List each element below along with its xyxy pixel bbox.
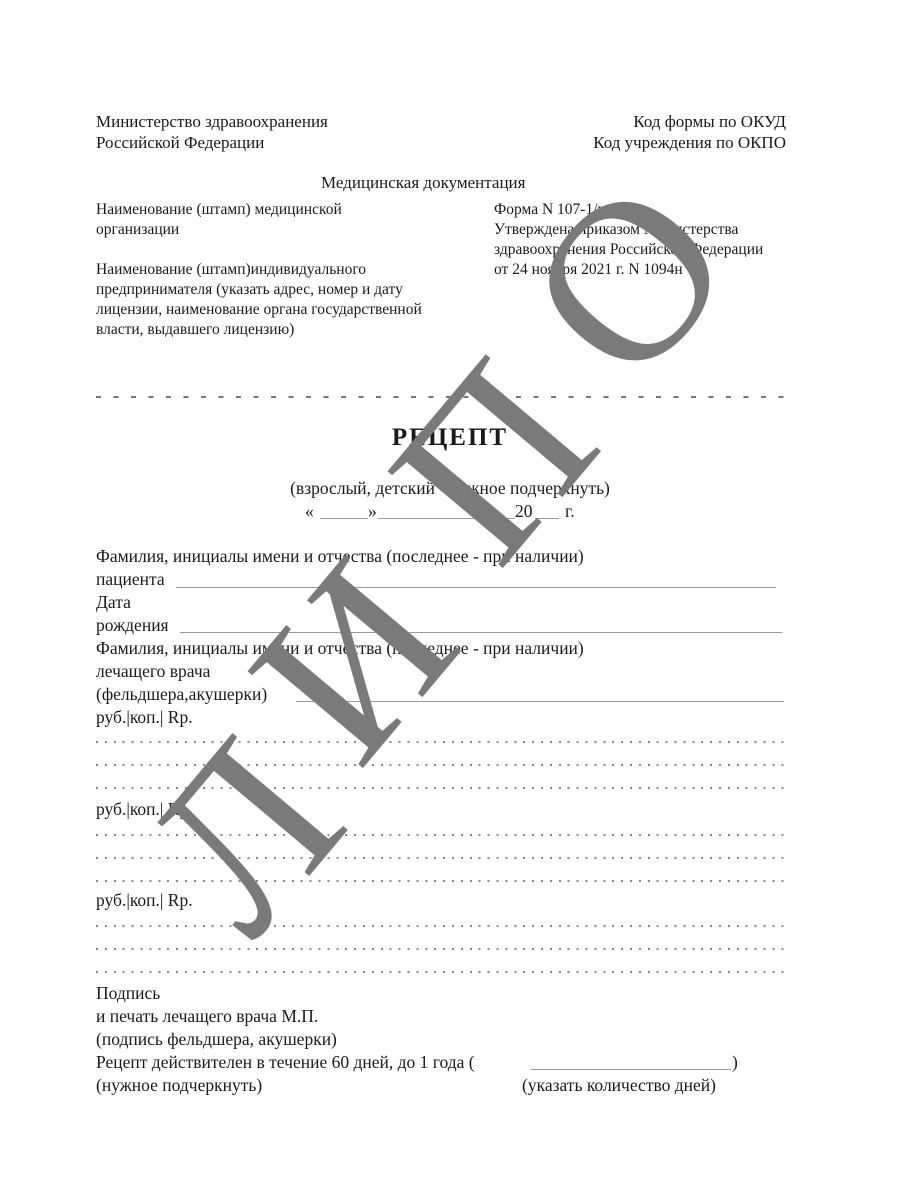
- prescription-subtitle: (взрослый, детский - нужное подчеркнуть): [0, 477, 900, 500]
- cut-line-divider: [96, 396, 786, 398]
- rp-block-3-line-2[interactable]: [96, 948, 786, 950]
- days-hint: (указать количество дней): [522, 1074, 716, 1097]
- okud-label: Код формы по ОКУД: [633, 111, 786, 132]
- signature-line-3: (подпись фельдшера, акушерки): [96, 1028, 337, 1051]
- date-year-prefix: 20: [515, 500, 533, 523]
- underline-hint: (нужное подчеркнуть): [96, 1074, 262, 1097]
- ministry-line-2: Российской Федерации: [96, 132, 264, 153]
- birth-date-field[interactable]: [180, 632, 782, 633]
- rp-block-2-line-1[interactable]: [96, 834, 786, 836]
- okpo-label: Код учреждения по ОКПО: [593, 132, 786, 153]
- doc-type: Медицинская документация: [321, 172, 525, 193]
- date-close-quote: »: [368, 500, 377, 523]
- date-month-field[interactable]: [378, 518, 514, 519]
- form-number: Форма N 107-1/у: [494, 200, 605, 220]
- rp-block-3-label: руб.|коп.| Rp.: [96, 889, 193, 912]
- ip-stamp-line-3: лицензии, наименование органа государств…: [96, 300, 422, 320]
- rp-block-1-line-2[interactable]: [96, 764, 786, 766]
- rp-block-2-line-3[interactable]: [96, 880, 786, 882]
- rp-block-1-line-1[interactable]: [96, 741, 786, 743]
- rp-block-3-line-3[interactable]: [96, 971, 786, 973]
- rp-block-2-line-2[interactable]: [96, 857, 786, 859]
- rp-block-1-line-3[interactable]: [96, 787, 786, 789]
- org-stamp-line-1: Наименование (штамп) медицинской: [96, 200, 342, 220]
- date-open-quote: «: [305, 500, 314, 523]
- approved-line-3: от 24 ноября 2021 г. N 1094н: [494, 260, 683, 280]
- doctor-label-line-2: лечащего врача: [96, 660, 210, 683]
- birth-label-line-2: рождения: [96, 614, 169, 637]
- birth-label-line-1: Дата: [96, 591, 131, 614]
- rp-block-3-line-1[interactable]: [96, 925, 786, 927]
- date-year-field[interactable]: [535, 518, 559, 519]
- doctor-name-field[interactable]: [296, 701, 784, 702]
- validity-text: Рецепт действителен в течение 60 дней, д…: [96, 1051, 475, 1074]
- signature-line-1: Подпись: [96, 982, 160, 1005]
- patient-label-line-1: Фамилия, инициалы имени и отчества (посл…: [96, 545, 584, 568]
- doctor-label-line-1: Фамилия, инициалы имени и отчества (посл…: [96, 637, 584, 660]
- ip-stamp-line-1: Наименование (штамп)индивидуального: [96, 260, 366, 280]
- date-day-field[interactable]: [320, 518, 368, 519]
- approved-line-2: здравоохранения Российской Федерации: [494, 240, 763, 260]
- patient-name-field[interactable]: [176, 587, 776, 588]
- watermark-letter-4: О: [487, 142, 770, 417]
- signature-line-2: и печать лечащего врача М.П.: [96, 1005, 318, 1028]
- date-year-suffix: г.: [565, 500, 575, 523]
- doctor-label-line-3: (фельдшера,акушерки): [96, 683, 267, 706]
- ministry-line-1: Министерство здравоохранения: [96, 111, 328, 132]
- rp-block-1-label: руб.|коп.| Rp.: [96, 706, 193, 729]
- patient-label-line-2: пациента: [96, 568, 165, 591]
- prescription-title: РЕЦЕПТ: [0, 424, 900, 452]
- ip-stamp-line-4: власти, выдавшего лицензию): [96, 320, 294, 340]
- rp-block-2-label: руб.|коп.| Rp.: [96, 798, 193, 821]
- approved-line-1: Утверждена приказом Министерства: [494, 220, 738, 240]
- ip-stamp-line-2: предпринимателя (указать адрес, номер и …: [96, 280, 403, 300]
- validity-days-field[interactable]: [531, 1069, 731, 1070]
- org-stamp-line-2: организации: [96, 220, 179, 240]
- validity-close-paren: ): [732, 1051, 738, 1074]
